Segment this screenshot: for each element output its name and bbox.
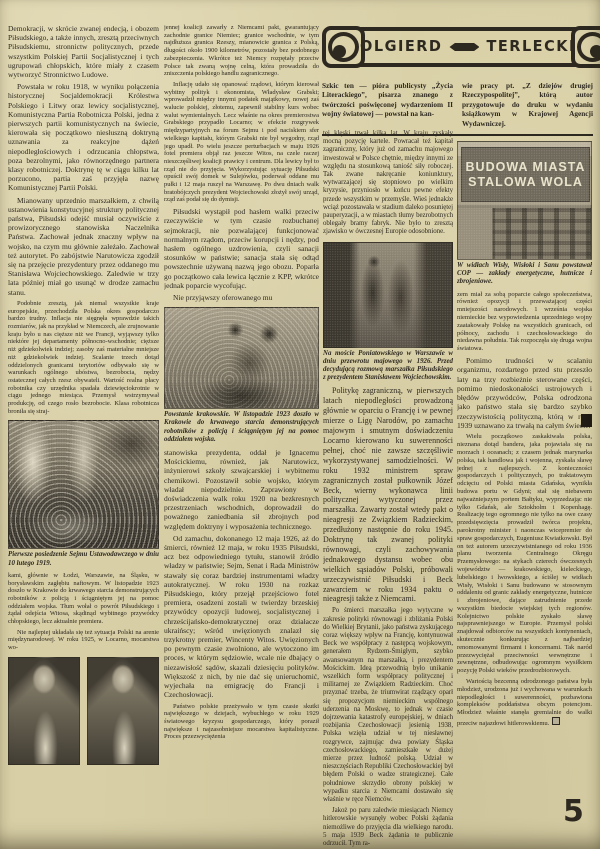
body-paragraph: Nie najlepiej układała się też sytuacja …	[8, 629, 159, 652]
billboard-text-line1: BUDOWA MIASTA	[466, 161, 586, 174]
body-paragraph: Podobnie zresztą, jak niemal wszystkie k…	[8, 300, 159, 416]
body-paragraph: jennej koalicji zawarły z Niemcami pakt,…	[164, 24, 319, 78]
author-first-name: OLGIERD	[360, 39, 442, 56]
portrait-photo-left	[8, 657, 80, 765]
margin-mark	[581, 414, 592, 427]
column-2: jennej koalicji zawarły z Niemcami pakt,…	[164, 24, 319, 845]
body-paragraph: Po śmierci marszałka jego wytyczne w zak…	[323, 607, 453, 804]
photo-caption: Na moście Poniatowskiego w Warszawie w d…	[323, 350, 453, 383]
lead-paragraph-right: wie pracy pt. „Z dziejów drugiej Rzeczyp…	[462, 81, 593, 128]
page-number: 5	[563, 794, 584, 829]
portrait-photo-right	[87, 657, 159, 765]
article-lead: Szkic ten — pióra publicysty „Życia Lite…	[322, 81, 593, 128]
body-paragraph: kami, głównie w Łodzi, Warszawie, na Ślą…	[8, 572, 159, 626]
photo-caption: W widłach Wisły, Wisłoki i Sanu powstawa…	[457, 262, 592, 287]
stalowa-wola-construction-photo: BUDOWA MIASTA STALOWA WOLA	[457, 141, 592, 260]
photo-caption: Powstanie krakowskie. W listopadzie 1923…	[164, 411, 319, 444]
lead-paragraph-left: Szkic ten — pióra publicysty „Życia Lite…	[322, 81, 453, 128]
body-paragraph: Piłsudski wystąpił pod hasłem walki prze…	[164, 207, 319, 290]
header-title-bar: OLGIERD TERLECKI	[360, 27, 576, 67]
column-4: BUDOWA MIASTA STALOWA WOLA W widłach Wis…	[457, 136, 592, 847]
author-last-name: TERLECKI	[486, 39, 575, 56]
portrait-photos	[8, 657, 159, 765]
poniatowski-bridge-photo	[323, 242, 453, 348]
column-3: tej klęski trwał kilka lat. W kraju zysk…	[323, 130, 453, 849]
body-paragraph: Mianowany uprzednio marszałkiem, z chwil…	[8, 196, 159, 297]
body-paragraph-text: Wartością bezcenną odrodzonego państwa b…	[457, 678, 592, 727]
body-paragraph: stanowiska prezydenta, oddał je Ignacemu…	[164, 448, 319, 531]
end-of-article-icon	[552, 717, 560, 725]
body-paragraph: zem miał za sobą poparcie całego społecz…	[457, 291, 592, 353]
body-paragraph: Państwo polskie przeżywało w tym czasie …	[164, 703, 319, 742]
body-paragraph: Inflację udało się opanować rządowi, któ…	[164, 81, 319, 204]
body-paragraph: Pomimo trudności w scalaniu organizmu, r…	[457, 356, 592, 430]
column-1: Demokracji, w skrócie zwanej endecją, i …	[8, 24, 159, 845]
magazine-page: OLGIERD TERLECKI Szkic ten — pióra publi…	[0, 0, 600, 849]
body-paragraph: Powstała w roku 1918, w wyniku połączeni…	[8, 82, 159, 192]
body-paragraph: Politykę zagraniczną, w pierwszych latac…	[323, 386, 453, 604]
billboard-sign: BUDOWA MIASTA STALOWA WOLA	[461, 147, 591, 203]
article-header: OLGIERD TERLECKI Szkic ten — pióra publi…	[322, 20, 593, 136]
body-paragraph: Od zamachu, dokonanego 12 maja 1926, aż …	[164, 534, 319, 700]
body-paragraph: Demokracji, w skrócie zwanej endecją, i …	[8, 24, 159, 79]
body-paragraph: Wielu początkowo zaskakiwała polska, nie…	[457, 433, 592, 675]
photo-caption: Pierwsze posiedzenie Sejmu Ustawodawczeg…	[8, 551, 159, 567]
krakow-uprising-photo	[164, 307, 319, 409]
horn-ornament-right-icon	[571, 26, 600, 68]
horn-ornament-left-icon	[322, 26, 365, 68]
article-header-banner: OLGIERD TERLECKI	[322, 20, 593, 74]
sejm-assembly-photo	[8, 420, 159, 549]
body-paragraph: tej klęski trwał kilka lat. W kraju zysk…	[323, 130, 453, 237]
diamond-divider-icon	[449, 43, 479, 51]
factory-building	[458, 208, 591, 259]
body-paragraph: Jakoż po paru zaledwie miesiącach Niemcy…	[323, 807, 453, 848]
billboard-text-line2: STALOWA WOLA	[468, 176, 583, 189]
body-paragraph: Wartością bezcenną odrodzonego państwa b…	[457, 678, 592, 728]
body-paragraph: Nie przyjąwszy oferowanego mu	[164, 293, 319, 302]
